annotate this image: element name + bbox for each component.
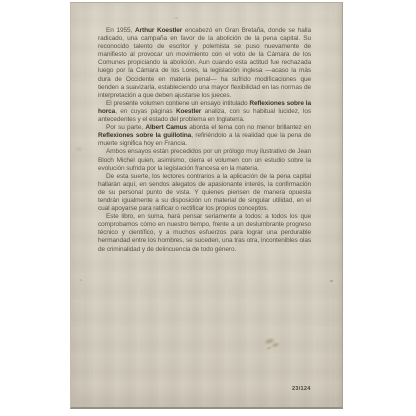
bold-text-segment: Reflexiones sobre la guillotina	[98, 132, 191, 139]
text-segment: Ambos ensayos están precedidos por un pr…	[98, 148, 311, 171]
photo-canvas: En 1955, Arthur Koestler encabezó en Gra…	[0, 0, 416, 416]
text-segment: Este libro, en suma, hará pensar seriame…	[98, 213, 311, 252]
paragraph: Ambos ensayos están precedidos por un pr…	[98, 148, 311, 172]
text-segment: encabezó en Gran Bretaña, donde se halla…	[98, 27, 311, 99]
text-segment: , en cuyas páginas	[115, 108, 176, 115]
text-segment: aborda el tema con no menor brillantez e…	[187, 124, 311, 131]
scan-counter: 23/124	[292, 386, 311, 392]
paragraph: Por su parte, Albert Camus aborda el tem…	[98, 124, 311, 148]
paper-stain-squiggle	[259, 331, 285, 355]
bold-text-segment: Albert Camus	[145, 124, 187, 131]
paper-speckle	[80, 279, 82, 281]
paragraph: De esta suerte, los lectores contrarios …	[98, 173, 311, 213]
text-segment: El presente volumen contiene un ensayo i…	[106, 100, 249, 107]
book-back-cover: En 1955, Arthur Koestler encabezó en Gra…	[70, 2, 343, 409]
paper-speckle	[175, 17, 178, 19]
bold-text-segment: Arthur Koestler	[135, 27, 182, 34]
text-segment: En 1955,	[106, 27, 135, 34]
paragraph: Este libro, en suma, hará pensar seriame…	[98, 213, 311, 253]
paragraph: En 1955, Arthur Koestler encabezó en Gra…	[98, 27, 311, 100]
paragraph: El presente volumen contiene un ensayo i…	[98, 100, 311, 124]
paper-speckle	[330, 280, 333, 282]
back-cover-text: En 1955, Arthur Koestler encabezó en Gra…	[98, 27, 311, 254]
text-segment: De esta suerte, los lectores contrarios …	[98, 173, 311, 212]
text-segment: Por su parte,	[106, 124, 145, 131]
bold-text-segment: Koestler	[176, 108, 201, 115]
paper-stain	[72, 144, 86, 154]
